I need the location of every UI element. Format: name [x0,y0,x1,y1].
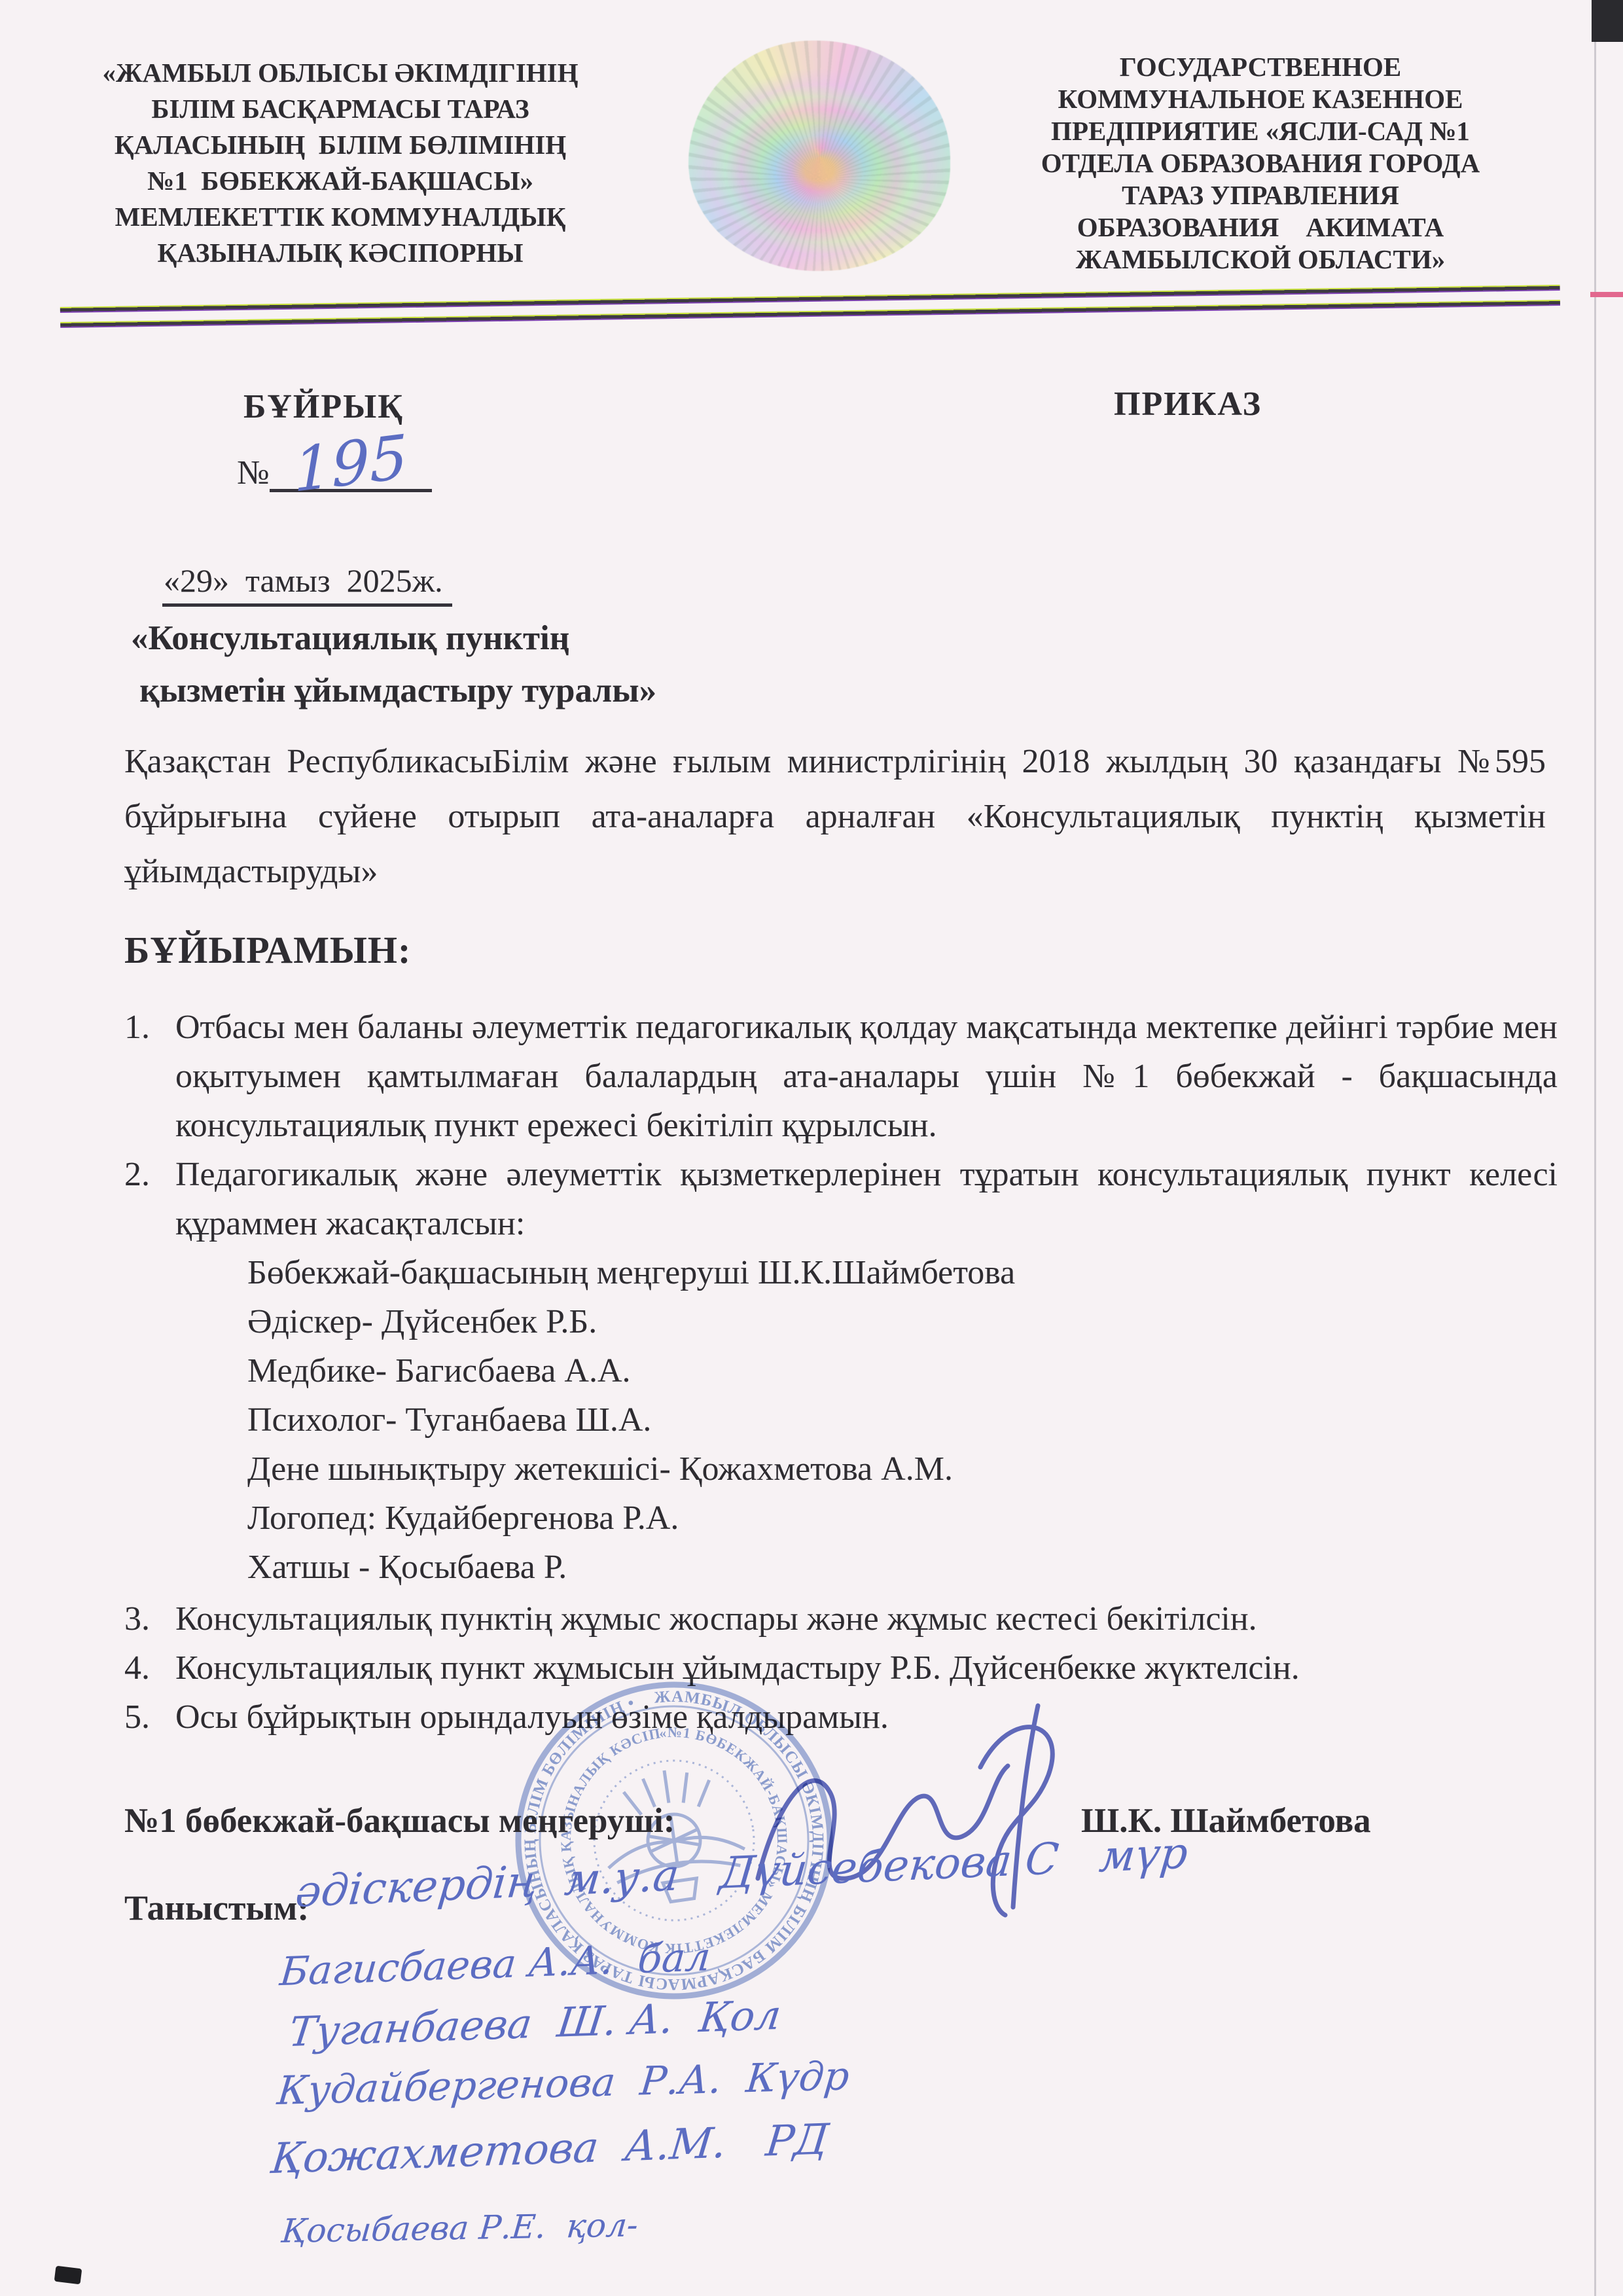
org-line: ТАРАЗ УПРАВЛЕНИЯ [950,179,1571,211]
org-line: ОТДЕЛА ОБРАЗОВАНИЯ ГОРОДА [950,147,1571,179]
order-item-1: 1. Отбасы мен баланы әлеуметтік педагоги… [124,1003,1558,1150]
scan-artifact-blot [54,2266,82,2285]
org-line: КОММУНАЛЬНОЕ КАЗЕННОЕ [950,83,1571,115]
order-item-2: 2. Педагогикалық және әлеуметтік қызметк… [124,1150,1558,1248]
staff-line: Логопед: Кудайбергенова Р.А. [247,1494,1558,1543]
item-number: 4. [124,1643,175,1693]
scanned-order-document: «ЖАМБЫЛ ОБЛЫСЫ ӘКІМДІГІНІҢ БІЛІМ БАСҚАРМ… [0,0,1623,2296]
org-line: МЕМЛЕКЕТТІК КОММУНАЛДЫҚ [59,199,622,235]
staff-line: Әдіскер- Дүйсенбек Р.Б. [247,1297,1558,1346]
signature-line-3: Туганбаева Ш. А. Қол [286,1991,783,2056]
order-date: «29» тамыз 2025ж. [162,562,452,607]
staff-line: Психолог- Туганбаева Ш.А. [247,1395,1558,1444]
order-number-row: №195 [237,437,432,492]
org-line: №1 БӨБЕКЖАЙ-БАҚШАСЫ» [59,163,622,199]
order-title-kazakh: БҰЙРЫҚ [243,387,404,426]
order-number-handwritten: 195 [293,434,408,494]
order-number-prefix: № [237,454,270,492]
issuer-name-russian: ГОСУДАРСТВЕННОЕ КОММУНАЛЬНОЕ КАЗЕННОЕ ПР… [950,51,1571,276]
staff-line: Медбике- Багисбаева А.А. [247,1346,1558,1395]
subject-line: қызметін ұйымдастыру туралы» [131,664,982,717]
header-divider [60,285,1560,337]
item-number: 5. [124,1693,175,1742]
staff-line: Дене шынықтыру жетекшісі- Қожахметова А.… [247,1444,1558,1494]
issuer-name-kazakh: «ЖАМБЫЛ ОБЛЫСЫ ӘКІМДІГІНІҢ БІЛІМ БАСҚАРМ… [59,55,622,271]
consultation-point-staff-list: Бөбекжай-бақшасының меңгеруші Ш.К.Шаймбе… [247,1248,1558,1592]
item-text: Отбасы мен баланы әлеуметтік педагогикал… [175,1003,1558,1150]
signature-line-4: Кудайбергенова Р.А. Күдр [276,2053,851,2114]
org-line: ҚАЛАСЫНЫҢ БІЛІМ БӨЛІМІНІҢ [59,127,622,163]
org-line: ПРЕДПРИЯТИЕ «ЯСЛИ-САД №1 [950,115,1571,147]
order-title-russian: ПРИКАЗ [1114,385,1262,423]
subject-line: «Консультациялық пунктің [131,612,982,664]
item-number: 2. [124,1150,175,1199]
order-item-3: 3. Консультациялық пунктің жұмыс жоспары… [124,1594,1558,1643]
signature-line-5: Қожахметова А.М. РД [268,2115,830,2183]
director-signature [732,1682,1098,1937]
org-line: БІЛІМ БАСҚАРМАСЫ ТАРАЗ [59,91,622,127]
signature-line-6: Қосыбаева Р.Е. қол- [279,2206,639,2250]
staff-line: Хатшы - Қосыбаева Р. [247,1543,1558,1592]
scan-artifact-corner [1592,0,1623,42]
order-number-underline: 195 [270,437,432,492]
acknowledged-label: Таныстым: [124,1888,309,1928]
director-label: №1 бөбекжай-бақшасы меңгеруші: [124,1801,675,1840]
item-number: 1. [124,1003,175,1052]
kazakhstan-emblem-hologram-icon [688,41,950,271]
org-line: ГОСУДАРСТВЕННОЕ [950,51,1571,83]
staff-line: Бөбекжай-бақшасының меңгеруші Ш.К.Шаймбе… [247,1248,1558,1297]
order-subject: «Консультациялық пунктің қызметін ұйымда… [131,612,982,717]
scan-artifact-pink-mark [1590,292,1623,297]
org-line: ЖАМБЫЛСКОЙ ОБЛАСТИ» [950,243,1571,276]
org-line: «ЖАМБЫЛ ОБЛЫСЫ ӘКІМДІГІНІҢ [59,55,622,91]
org-line: ОБРАЗОВАНИЯ АКИМАТА [950,211,1571,243]
preamble-paragraph: Қазақстан РеспубликасыБілім және ғылым м… [124,734,1546,899]
org-line: ҚАЗЫНАЛЫҚ КӘСІПОРНЫ [59,235,622,271]
scan-artifact-vertical-line [1594,0,1596,2296]
item-number: 3. [124,1594,175,1643]
resolution-heading: БҰЙЫРАМЫН: [124,928,411,972]
order-items: 1. Отбасы мен баланы әлеуметтік педагоги… [124,1003,1558,1742]
item-text: Педагогикалық және әлеуметтік қызметкерл… [175,1150,1558,1248]
item-text: Консультациялық пунктің жұмыс жоспары жә… [175,1594,1558,1643]
